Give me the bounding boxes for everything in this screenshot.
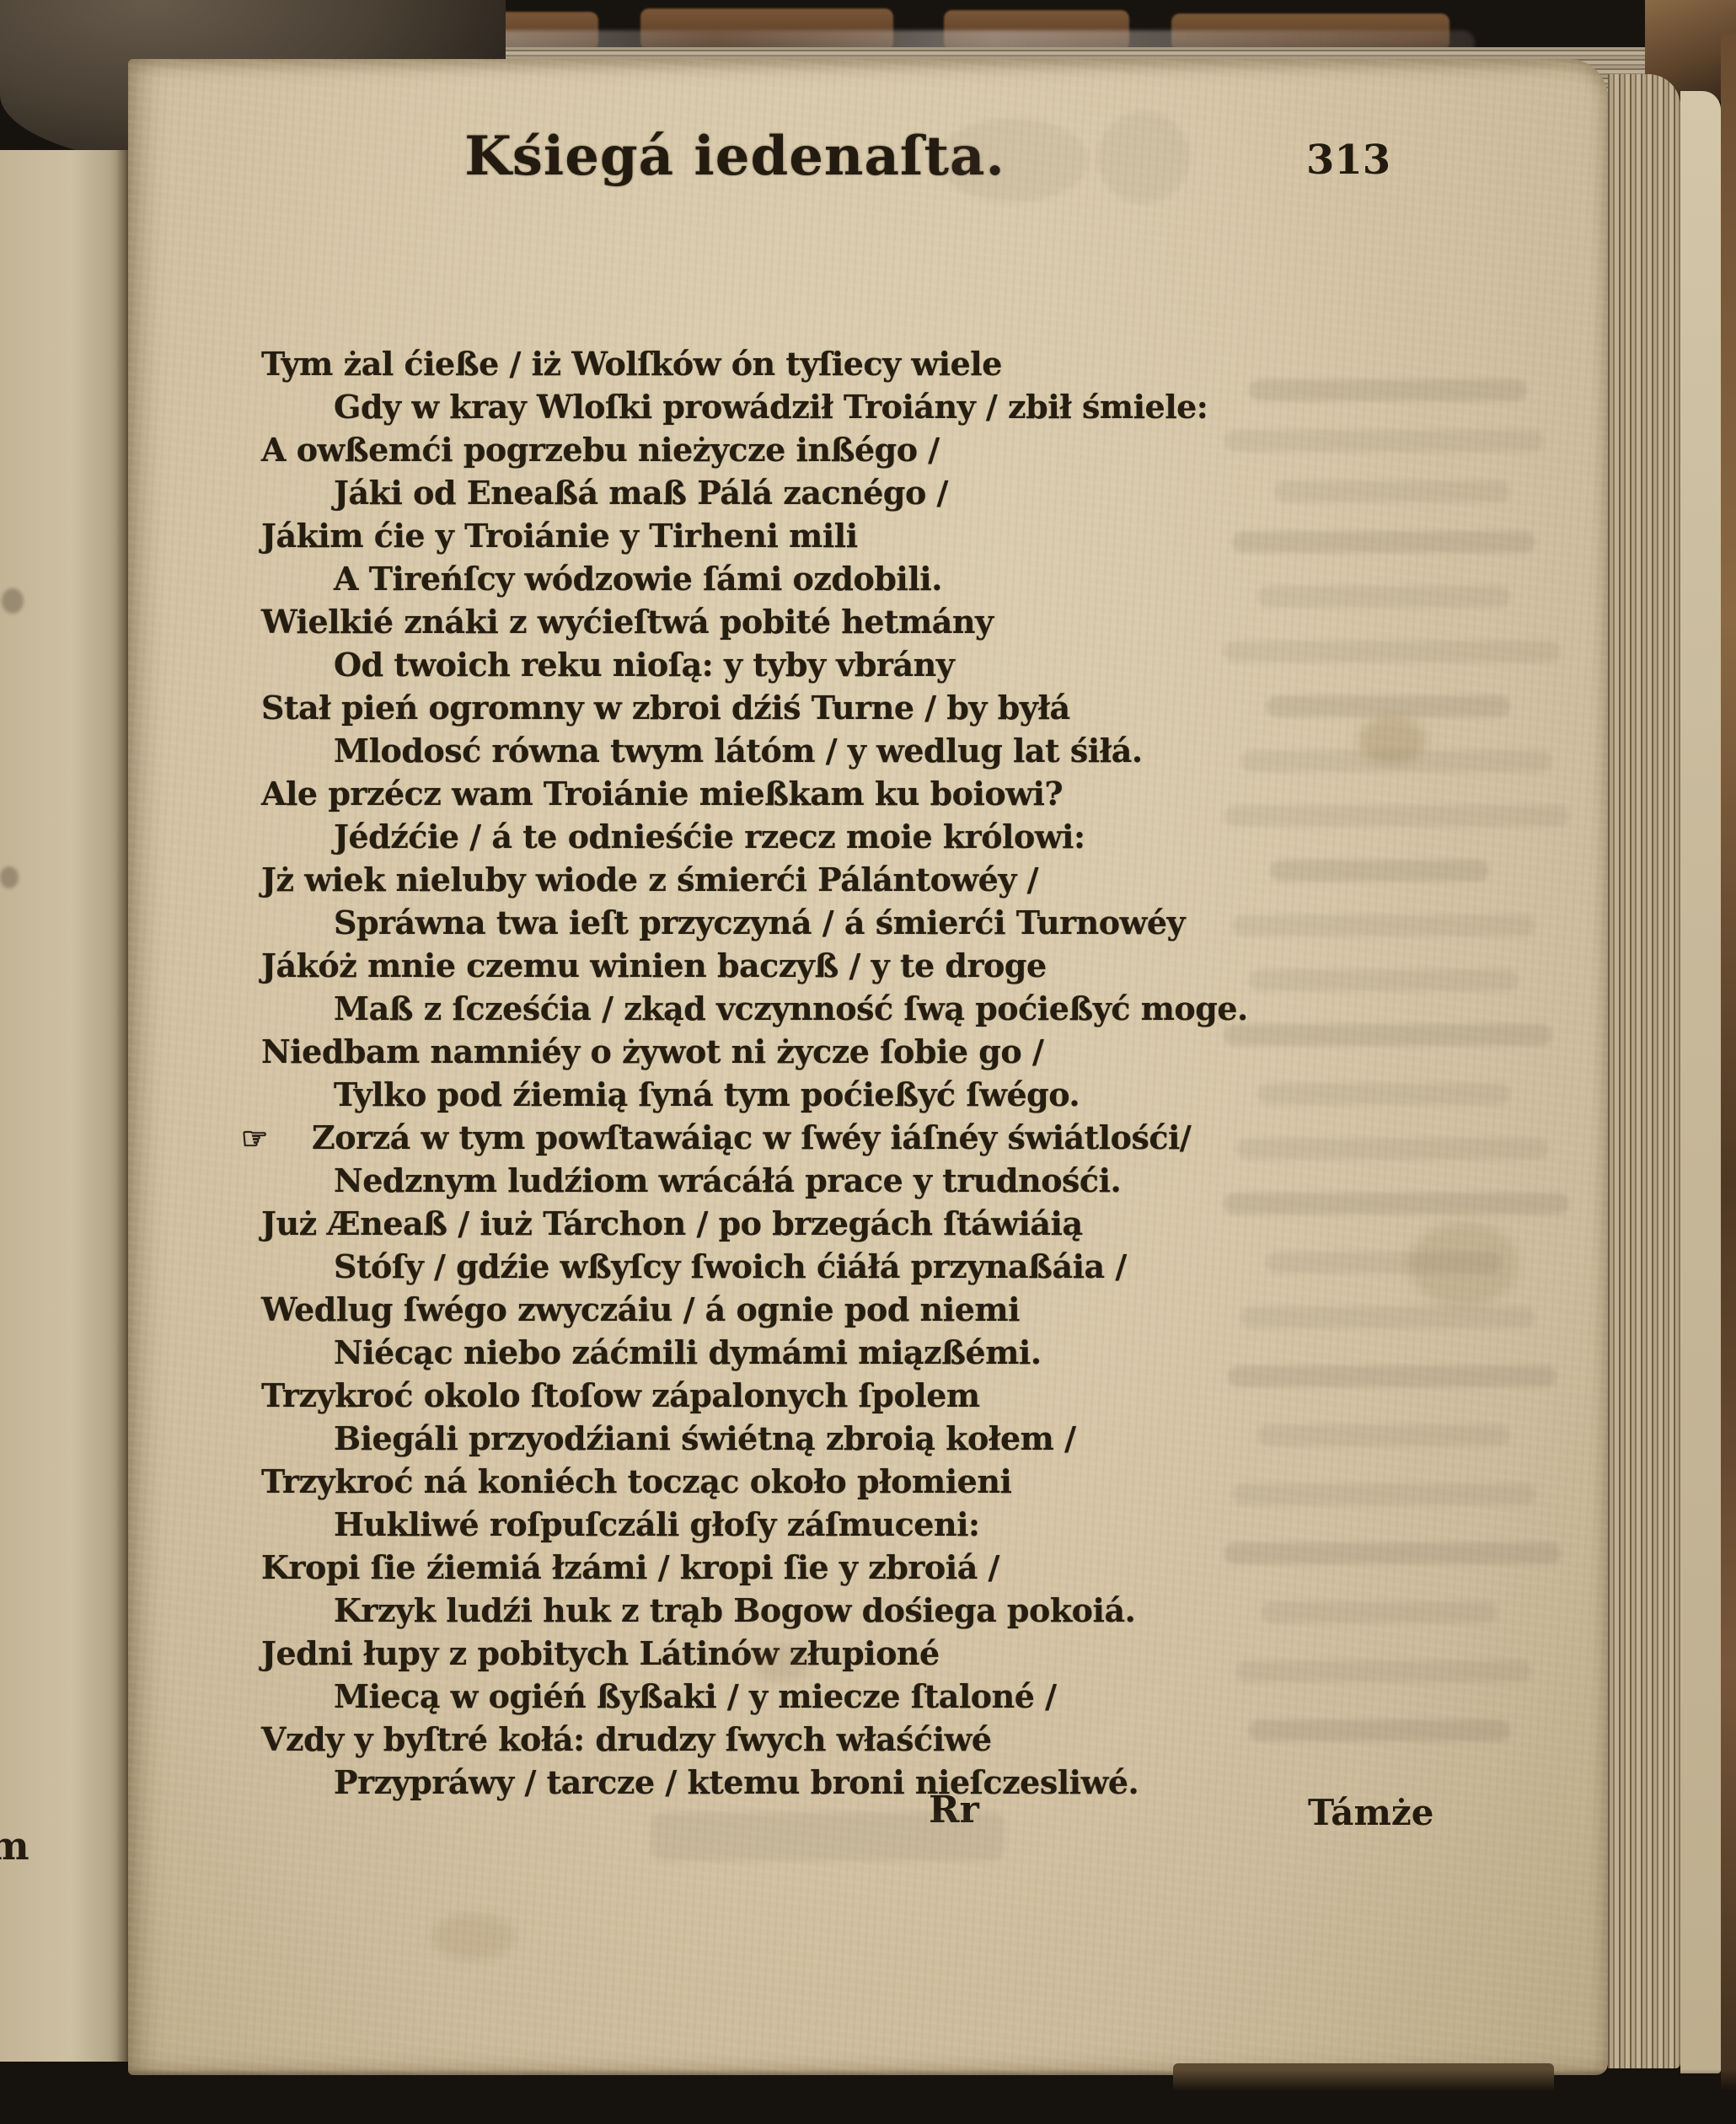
showthrough-text-ghost — [1249, 1719, 1510, 1741]
showthrough-text-ghost — [1257, 1083, 1510, 1105]
showthrough-text-ghost — [1249, 969, 1519, 991]
showthrough-text-ghost — [1224, 1024, 1552, 1046]
fore-edge-page-stack — [1608, 74, 1680, 2068]
poem-line-text: Tylko pod źiemią ſyná tym poćießyć ſwégo… — [334, 1075, 1080, 1113]
manicule-icon: ☞ — [241, 1118, 312, 1161]
showthrough-text-ghost — [1270, 860, 1489, 882]
poem-line-text: Spráwna twa ieſt przyczyná / á śmierći T… — [334, 904, 1185, 941]
poem-line-text: A owßemći pogrzebu nieżycze inßégo / — [261, 431, 940, 469]
showthrough-text-ghost — [1232, 1483, 1535, 1505]
poem-line-text: Mlodosć równa twym látóm / y wedlug lat … — [334, 732, 1143, 770]
outer-page-sheet — [1680, 91, 1721, 2073]
showthrough-ornament — [937, 118, 1089, 202]
poem-line: Hukliwé roſpuſczáli głoſy záſmuceni: — [261, 1503, 1458, 1546]
poem-line-text: Krzyk ludźi huk z trąb Bogow dośiega pok… — [334, 1591, 1135, 1629]
book-page: Kśiegá iedenaſta. 313 Tym żal ćieße / iż… — [128, 59, 1608, 2075]
poem-line-text: Już Æneaß / iuż Tárchon / po brzegách ſt… — [261, 1204, 1083, 1242]
poem-line-text: Jákóż mnie czemu winien baczyß / y te dr… — [261, 947, 1047, 984]
showthrough-text-ghost — [1224, 430, 1544, 452]
showthrough-text-ghost — [1224, 805, 1569, 827]
gutter-shadow — [116, 150, 128, 2062]
showthrough-text-ghost — [1224, 1193, 1569, 1215]
background-shadow — [0, 2069, 1736, 2124]
showthrough-text-ghost — [1266, 1252, 1502, 1274]
poem-line-text: Stał pień ogromny w zbroi dźiś Turne / b… — [261, 689, 1070, 727]
poem-line-text: Tym żal ćieße / iż Wolſków ón tyſiecy wi… — [261, 345, 1002, 383]
showthrough-text-ghost — [1236, 1660, 1531, 1682]
poem-line-text: Trzykroć ná koniéch tocząc około płomien… — [261, 1462, 1011, 1500]
book-photo: m Kśiegá iedenaſta. 313 Tym żal ćieße / … — [0, 0, 1736, 2124]
showthrough-text-ghost — [1236, 1138, 1548, 1160]
left-page-text-fragment: m — [0, 1823, 28, 1869]
poem-line-text: Od twoich reku nioſą: y tyby vbrány — [334, 646, 954, 684]
poem-line-text: Maß z ſcześćia / zkąd vczynność ſwą poći… — [334, 990, 1248, 1027]
showthrough-text-ghost — [1262, 1601, 1498, 1623]
showthrough-text-ghost — [1228, 1365, 1557, 1387]
poem-line-text: Ale przécz wam Troiánie mießkam ku boiow… — [261, 775, 1063, 813]
poem-line-text: Wielkié znáki z wyćieſtwá pobité hetmány — [261, 603, 994, 641]
poem-line-text: Zorzá w tym powſtawáiąc w ſwéy iáſnéy św… — [312, 1118, 1191, 1156]
book-cover-edge — [1721, 34, 1736, 2124]
paper-stain — [431, 1913, 516, 1960]
showthrough-text-ghost — [1224, 1542, 1561, 1564]
poem-line-text: Wedlug ſwégo zwyczáiu / á ognie pod niem… — [261, 1290, 1020, 1328]
paper-stain — [752, 1644, 811, 1682]
poem-line-text: Biegáli przyodźiani świétną zbroią kołem… — [334, 1419, 1075, 1457]
poem-line-text: Jédźćie / á te odnieśćie rzecz moie król… — [334, 818, 1085, 855]
showthrough-text-ghost — [1274, 480, 1510, 502]
showthrough-text-ghost — [1232, 531, 1535, 553]
catchword: Támże — [1308, 1792, 1433, 1833]
previous-page-edge: m — [0, 150, 128, 2062]
showthrough-text-ghost — [1249, 379, 1527, 401]
poem-line-text: Jedni łupy z pobitych Látinów złupioné — [261, 1634, 940, 1672]
showthrough-text-ghost — [1224, 641, 1561, 662]
poem-line-text: Vzdy y byſtré kołá: drudzy ſwych właśćiw… — [261, 1720, 992, 1758]
showthrough-text-ghost — [1240, 1306, 1535, 1328]
showthrough-text-ghost — [1266, 695, 1510, 717]
showthrough-text-ghost — [1240, 750, 1552, 772]
showthrough-text-ghost — [1257, 1424, 1510, 1446]
page-number: 313 — [1306, 137, 1390, 184]
poem-line-text: Kropi ſie źiemiá łzámi / kropi ſie y zbr… — [261, 1548, 999, 1586]
poem-line-text: A Tireńſcy wódzowie ſámi ozdobili. — [334, 560, 942, 598]
showthrough-text-ghost — [1232, 914, 1535, 936]
poem-line-text: Niécąc niebo záćmili dymámi miązßémi. — [334, 1333, 1042, 1371]
ink-smudge — [651, 1812, 1005, 1861]
poem-line-text: Jż wiek nieluby wiode z śmierći Pálántow… — [261, 861, 1038, 898]
poem-line-text: Trzykroć okolo ſtoſow zápalonych ſpolem — [261, 1376, 980, 1414]
poem-line-text: Nedznym ludźiom wrácáłá prace y trudność… — [334, 1161, 1121, 1199]
showthrough-ornament — [1097, 111, 1190, 204]
poem-line-text: Niedbam namniéy o żywot ni życze ſobie g… — [261, 1032, 1043, 1070]
poem-line-text: Jákim ćie y Troiánie y Tirheni mili — [261, 517, 858, 555]
poem-line-text: Hukliwé roſpuſczáli głoſy záſmuceni: — [334, 1505, 980, 1543]
poem-line-text: Miecą w ogiéń ßyßaki / y miecze ſtaloné … — [334, 1677, 1057, 1715]
poem-lines: Tym żal ćieße / iż Wolſków ón tyſiecy wi… — [261, 342, 1458, 1804]
showthrough-text-ghost — [1257, 586, 1510, 608]
poem-line-text: Stóſy / gdźie wßyſcy ſwoich ćiáłá przyna… — [334, 1247, 1127, 1285]
poem-line-text: Jáki od Eneaßá maß Pálá zacnégo / — [334, 474, 948, 512]
poem-line-text: Gdy w kray Wloſki prowádził Troiány / zb… — [334, 388, 1208, 426]
